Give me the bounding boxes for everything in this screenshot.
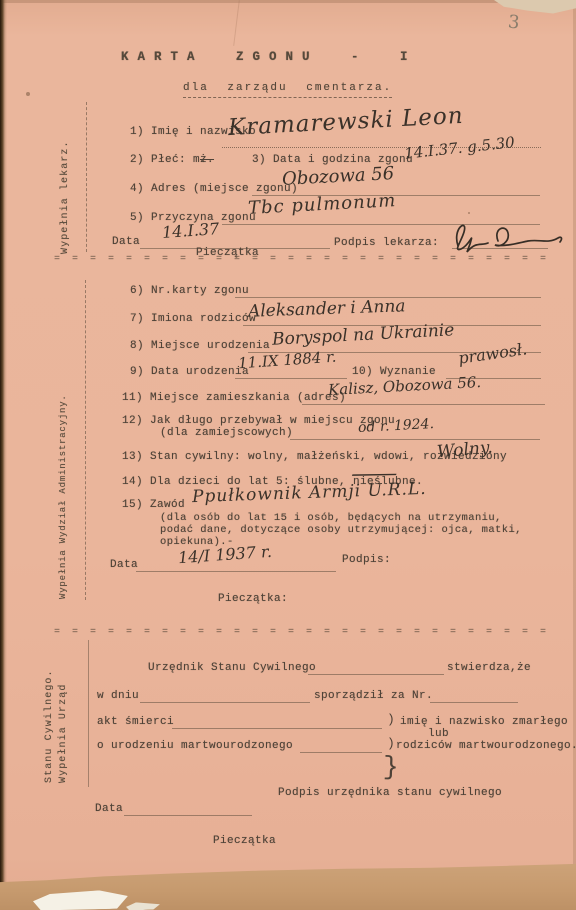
side-label-admin: Wypełnia Wydział Administracyjny. — [58, 287, 68, 599]
admin-signature-label: Podpis: — [342, 554, 391, 566]
fill-line-residence — [302, 403, 545, 405]
registry-day-suffix: sporządził za Nr. — [314, 690, 433, 702]
side-label-doctor: Wypełnia lekarz. — [60, 106, 71, 254]
fill-line-act-number — [430, 701, 518, 703]
field-parents-label: 7) Imiona rodziców — [130, 313, 256, 325]
pencil-page-number: 3 — [507, 11, 521, 33]
fill-line-clerk-name — [308, 673, 444, 675]
handwritten-name: Kramarewski Leon — [227, 103, 464, 141]
fill-line-day — [140, 701, 310, 703]
fill-line-admin-date — [136, 570, 336, 572]
form-subtitle: dla zarządu cmentarza. — [183, 82, 392, 98]
registry-death-act-label: akt śmierci — [97, 716, 174, 728]
field-stay-duration-label: 12) Jak długo przebywał w miejscu zgonu — [122, 415, 395, 427]
admin-date-label: Data — [110, 559, 138, 571]
fill-line-stay-duration — [290, 438, 540, 440]
field-birthdate-label: 9) Data urodzenia — [130, 366, 249, 378]
brace-glyph: } — [382, 752, 399, 783]
handwritten-residence: Kalisz, Obozowa 56. — [328, 373, 482, 399]
registry-clerk-label: Urzędnik Stanu Cywilnego — [148, 662, 316, 674]
registry-stamp-label: Pieczątka — [213, 835, 276, 847]
paper-crease — [233, 0, 240, 46]
fill-line-stillborn — [300, 751, 382, 753]
paper-speck — [468, 212, 470, 214]
admin-section-divider — [85, 280, 86, 600]
handwritten-stay-duration: od r. 1924. — [358, 416, 435, 436]
admin-stamp-label: Pieczątka: — [218, 593, 288, 605]
section-separator: = = = = = = = = = = = = = = = = = = = = … — [54, 254, 546, 267]
registry-clerk-suffix: stwierdza,że — [447, 662, 531, 674]
doctor-signature-label: Podpis lekarza: — [334, 237, 439, 249]
section-separator: = = = = = = = = = = = = = = = = = = = = … — [54, 627, 546, 640]
fill-line-death-act — [172, 727, 382, 729]
registry-signature-label: Podpis urzędnika stanu cywilnego — [278, 787, 502, 799]
field-sex-struck-option: ż. — [200, 154, 214, 166]
handwritten-parents: Aleksander i Anna — [248, 296, 406, 321]
paren-glyph: ) — [387, 712, 395, 727]
scanned-death-certificate: { "page_mark": "3", "header": { "title":… — [0, 0, 576, 910]
paper-speck — [26, 92, 30, 96]
registry-section-divider — [88, 640, 89, 787]
profession-note-line1: (dla osób do lat 15 i osób, będących na … — [160, 512, 502, 524]
registry-or-label: lub — [428, 728, 449, 740]
registry-day-label: w dniu — [97, 690, 139, 702]
handwritten-religion: prawosł. — [457, 339, 528, 367]
doctor-section-divider — [86, 102, 87, 252]
handwritten-address: Obozowa 56 — [282, 163, 395, 190]
field-stay-duration-sublabel: (dla zamiejscowych) — [160, 427, 293, 439]
handwritten-doctor-date: 14.I.37 — [161, 219, 219, 242]
field-sex-label: 2) Płeć: m. — [130, 154, 207, 166]
field-card-number-label: 6) Nr.karty zgonu — [130, 285, 249, 297]
side-label-registry-line2: Stanu Cywilnego. — [44, 648, 55, 783]
side-label-registry-line1: Wypełnia Urząd — [58, 648, 69, 783]
paper-edge-top — [0, 0, 576, 3]
handwritten-death-datetime: 14.I.37. g.5.30 — [403, 133, 515, 162]
registry-death-note: imię i nazwisko zmarłego — [400, 716, 568, 728]
paren-glyph: ) — [387, 736, 395, 751]
fill-line-birthdate — [235, 377, 347, 379]
torn-corner-top-right — [494, 0, 576, 15]
field-profession-label: 15) Zawód — [122, 499, 185, 511]
registry-date-label: Data — [95, 803, 123, 815]
fill-line-registry-date — [124, 814, 252, 816]
doctor-date-label: Data — [112, 236, 140, 248]
registry-stillborn-label: o urodzeniu martwourodzonego — [97, 740, 293, 752]
profession-note-line2: podać dane, dotyczące osoby utrzymującej… — [160, 524, 522, 536]
form-title: KARTA ZGONU - I — [121, 50, 417, 64]
registry-stillborn-note: rodziców martwourodzonego. — [396, 740, 576, 752]
paper-edge-left — [0, 0, 7, 910]
